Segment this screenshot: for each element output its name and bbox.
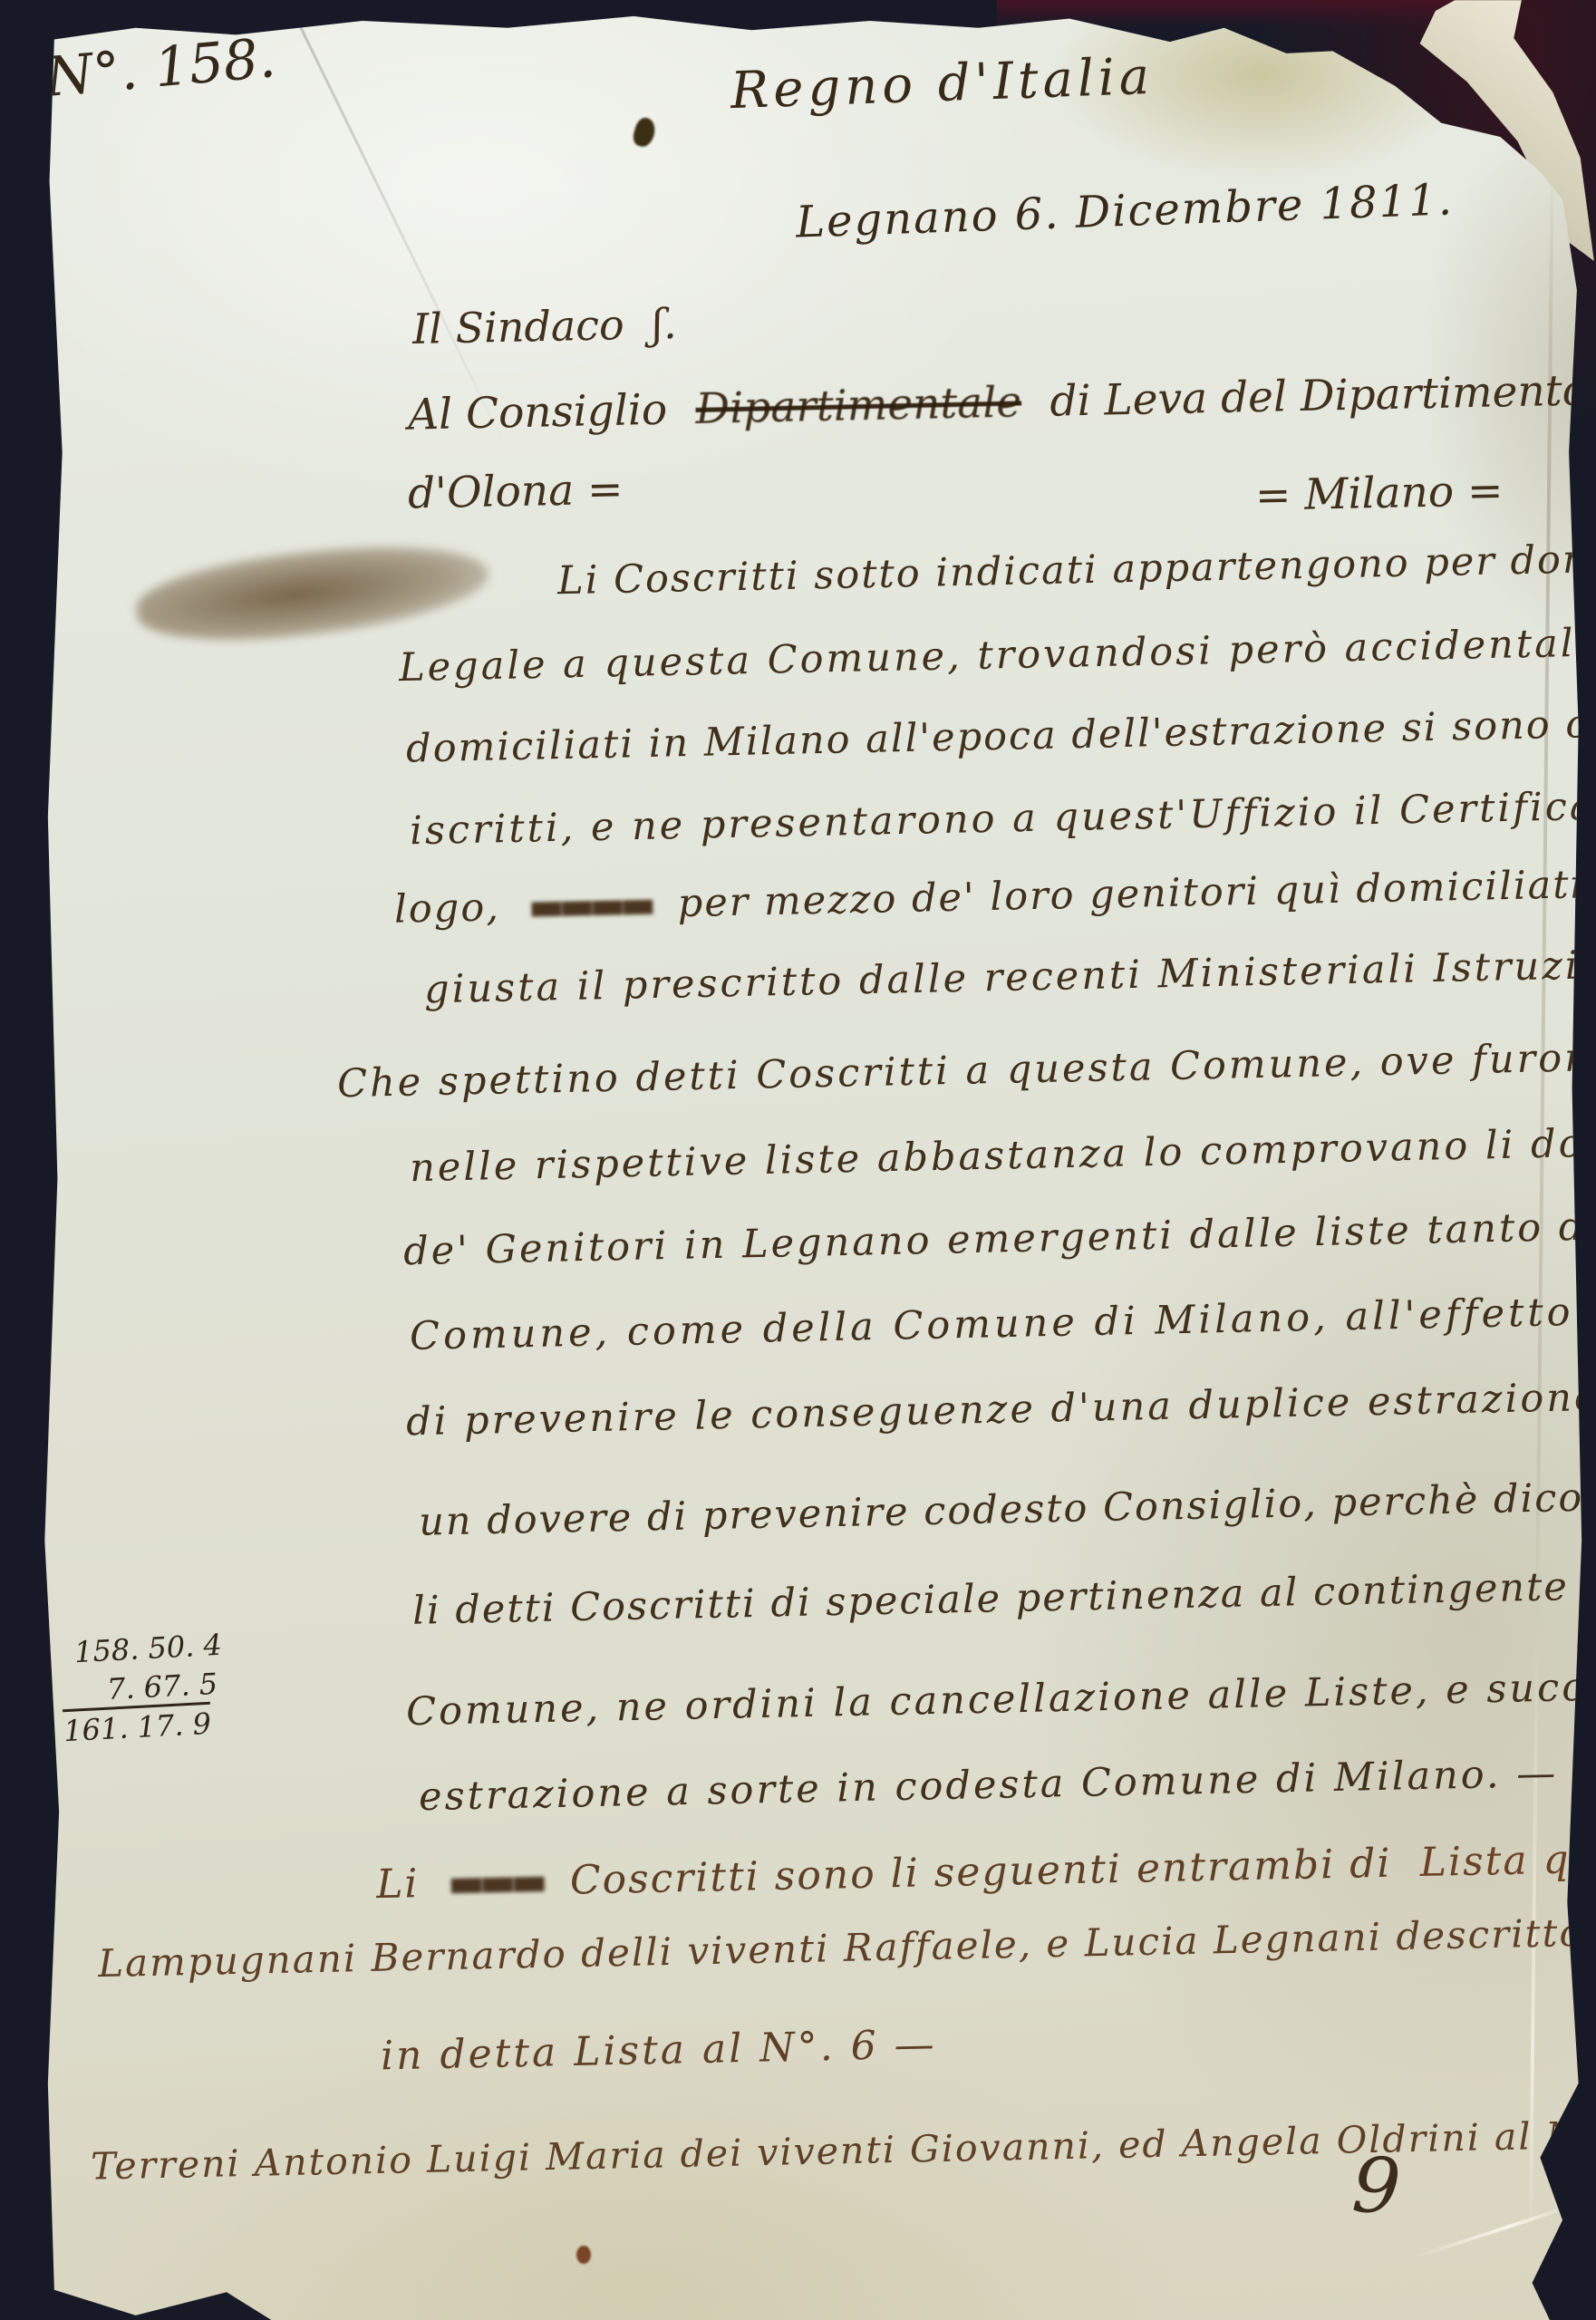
- p1-l5-post: per mezzo de' loro genitori quì domicili…: [677, 862, 1584, 926]
- body-p2-line8: Comune, ne ordini la cancellazione alle …: [406, 1665, 1596, 1734]
- body-p2-line5: di prevenire le conseguenze d'una duplic…: [406, 1375, 1596, 1444]
- list-intro-pre: Li: [376, 1861, 420, 1908]
- body-p2-line4: Comune, come della Comune di Milano, all…: [410, 1290, 1596, 1358]
- document-title: Regno d'Italia: [730, 51, 1155, 119]
- body-p1-line4: iscritti, e ne presentarono a quest'Uffi…: [410, 784, 1596, 853]
- reference-number: N°. 158.: [44, 30, 278, 107]
- body-p2-line3: de' Genitori in Legnano emergenti dalle …: [403, 1204, 1596, 1273]
- pen-flourish: ʃ.: [652, 299, 677, 349]
- body-p1-line2: Legale a questa Comune, trovandosi però …: [399, 621, 1596, 690]
- list-intro-line: Li ▬▬▬ Coscritti sono li seguenti entram…: [376, 1837, 1596, 1906]
- ink-smudge: [132, 530, 493, 656]
- body-p1-line3: domiciliati in Milano all'epoca dell'est…: [406, 702, 1596, 769]
- p1-l5-pre: logo,: [394, 884, 501, 932]
- dateline: Legnano 6. Dicembre 1811.: [795, 177, 1454, 246]
- margin-sum-row2: 7. 67. 5: [106, 1667, 218, 1706]
- ink-blot: [631, 116, 658, 150]
- body-p2-line1: Che spettino detti Coscritti a questa Co…: [337, 1035, 1596, 1106]
- recipient-post: di Leva del Dipartimento: [1049, 365, 1589, 426]
- salutation-sender: Il Sindaco ʃ.: [412, 302, 677, 351]
- stain-dot: [576, 2246, 591, 2264]
- list-intro-tail: Lista quarta: [1419, 1834, 1596, 1886]
- body-p1-line5: logo, ▬▬▬▬ per mezzo de' loro genitori q…: [394, 865, 1585, 931]
- recipient-pre: Al Consiglio: [408, 385, 668, 440]
- body-p1-line1: Li Coscritti sotto indicati appartengono…: [557, 537, 1596, 603]
- body-p2-line6: un dovere di prevenire codesto Consiglio…: [419, 1474, 1596, 1543]
- body-p1-line6: giusta il prescritto dalle recenti Minis…: [424, 944, 1596, 1011]
- conscript1-line2: in detta Lista al N°. 6 —: [381, 2025, 938, 2078]
- body-p2-line9: estrazione a sorte in codesta Comune di …: [419, 1754, 1559, 1818]
- tear-highlight-bottom-right: [1409, 2204, 1574, 2261]
- page-number: 9: [1350, 2145, 1403, 2228]
- scribbled-out-word: ▬▬▬▬: [527, 882, 651, 930]
- salutation-city: = Milano =: [1255, 469, 1504, 518]
- scribbled-out-word: ▬▬▬: [447, 1858, 542, 1906]
- struck-word-dipartimentale: Dipartimentale: [695, 377, 1022, 434]
- salutation-recipient: Al Consiglio Dipartimentale di Leva del …: [408, 368, 1589, 438]
- body-p2-line7: li detti Coscritti di speciale pertinenz…: [412, 1562, 1596, 1632]
- paper-sheet: N°. 158. Regno d'Italia Legnano 6. Dicem…: [0, 0, 1596, 2320]
- body-p2-line2: nelle rispettive liste abbastanza lo com…: [410, 1121, 1596, 1190]
- list-intro-mid: Coscritti sono li seguenti entrambi di: [569, 1841, 1392, 1904]
- photo-background: N°. 158. Regno d'Italia Legnano 6. Dicem…: [0, 0, 1596, 2320]
- margin-sum-total: 161. 17. 9: [63, 1702, 212, 1748]
- fold-crease-topleft: [299, 26, 508, 451]
- salutation-department: d'Olona =: [408, 468, 624, 517]
- sender-text: Il Sindaco: [411, 300, 624, 353]
- conscript1-line1: Lampugnani Bernardo delli viventi Raffae…: [98, 1913, 1584, 1984]
- margin-sum-row1: 158. 50. 4: [73, 1628, 223, 1669]
